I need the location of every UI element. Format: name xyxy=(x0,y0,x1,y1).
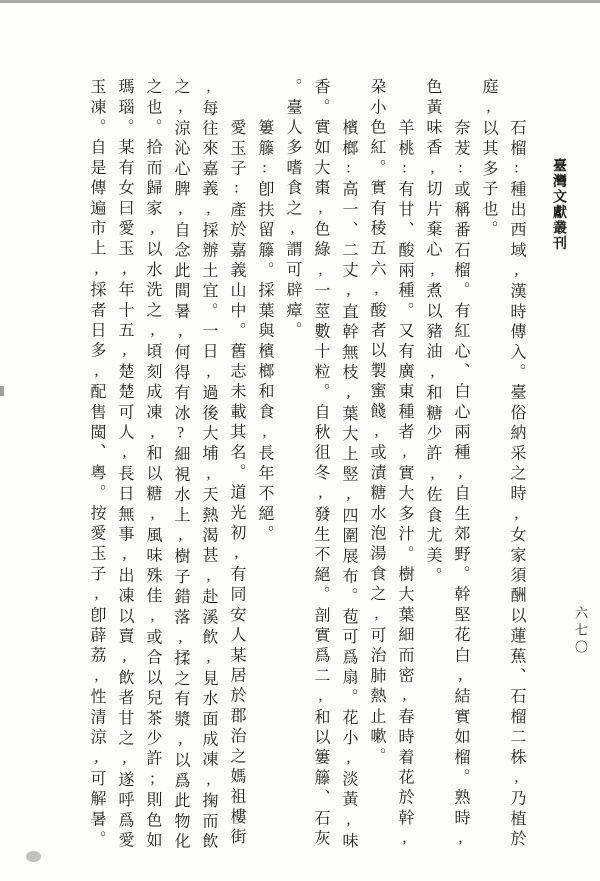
series-title: 臺灣文獻叢刊 xyxy=(548,158,568,251)
scan-tick-artifact xyxy=(0,386,4,396)
scan-smudge-artifact xyxy=(26,851,41,862)
text-column: 庭,以其多子也。 xyxy=(474,78,502,846)
main-text-block: 石榴:種出西域,漢時傳入。臺俗納采之時,女家須酬以蓮蕉、石榴二株,乃植於 庭,以… xyxy=(82,78,530,846)
text-column: 石榴:種出西域,漢時傳入。臺俗納采之時,女家須酬以蓮蕉、石榴二株,乃植於 xyxy=(502,78,530,846)
text-column: 。臺人多嗜食之,謂可辟瘴。 xyxy=(278,78,306,846)
scan-edge-artifact xyxy=(0,0,600,3)
text-column: 香。實如大棗,色綠,一莖數十粒。自秋徂冬,發生不絕。剖實爲二,和以簍籐、石灰 xyxy=(306,78,334,846)
text-column: 色黃味香,切片棄心,煮以豬油,和糖少許,佐食尤美。 xyxy=(418,78,446,846)
text-column: 奈茇:或稱番石榴。有紅心、白心兩種,自生郊野。幹堅花白,結實如榴。熟時, xyxy=(446,78,474,846)
text-column: 朶小色紅。實有稜五六,酸者以製蜜餞,或漬糖水泡湯食之,可治肺熱止嗽。 xyxy=(362,78,390,846)
text-column: 之,涼沁心脾,自念此間暑,何得有冰?細視水上,樹子錯落,揉之有漿,以爲此物化 xyxy=(166,78,194,846)
scanned-page: 臺灣文獻叢刊 六七〇 石榴:種出西域,漢時傳入。臺俗納采之時,女家須酬以蓮蕉、石… xyxy=(0,0,600,881)
text-column: 之也。拾而歸家,以水洗之,頃刻成凍,和以糖,風味殊佳,或合以兒茶少許;則色如 xyxy=(138,78,166,846)
text-column: 瑪瑙。某有女曰愛玉,年十五,楚楚可人,長日無事,出凍以賣,飲者甘之,遂呼爲愛 xyxy=(110,78,138,846)
page-number: 六七〇 xyxy=(571,606,590,657)
text-column: 簍籐:卽扶留籐。採葉與檳榔和食,長年不絕。 xyxy=(250,78,278,846)
text-column: 羊桃:有甘、酸兩種。又有廣東種者,實大多汁。樹大葉細而密,春時着花於幹, xyxy=(390,78,418,846)
text-column: 檳榔:高一、二丈,直幹無枝,葉大上竪,四圍展布。苞可爲扇。花小,淡黃,味 xyxy=(334,78,362,846)
text-column: 愛玉子:產於嘉義山中。舊志未載其名。道光初,有同安人某居於郡治之媽祖樓街 xyxy=(222,78,250,846)
text-column: ,每往來嘉義,採辦土宜。一日,過後大埔,天熱渴甚,赴溪飲,見水面成凍,掬而飲 xyxy=(194,78,222,846)
text-column: 玉凍。自是傳遍市上,採者日多,配售閩、粵。按愛玉子,卽薜荔,性清涼,可解暑。 xyxy=(82,78,110,846)
